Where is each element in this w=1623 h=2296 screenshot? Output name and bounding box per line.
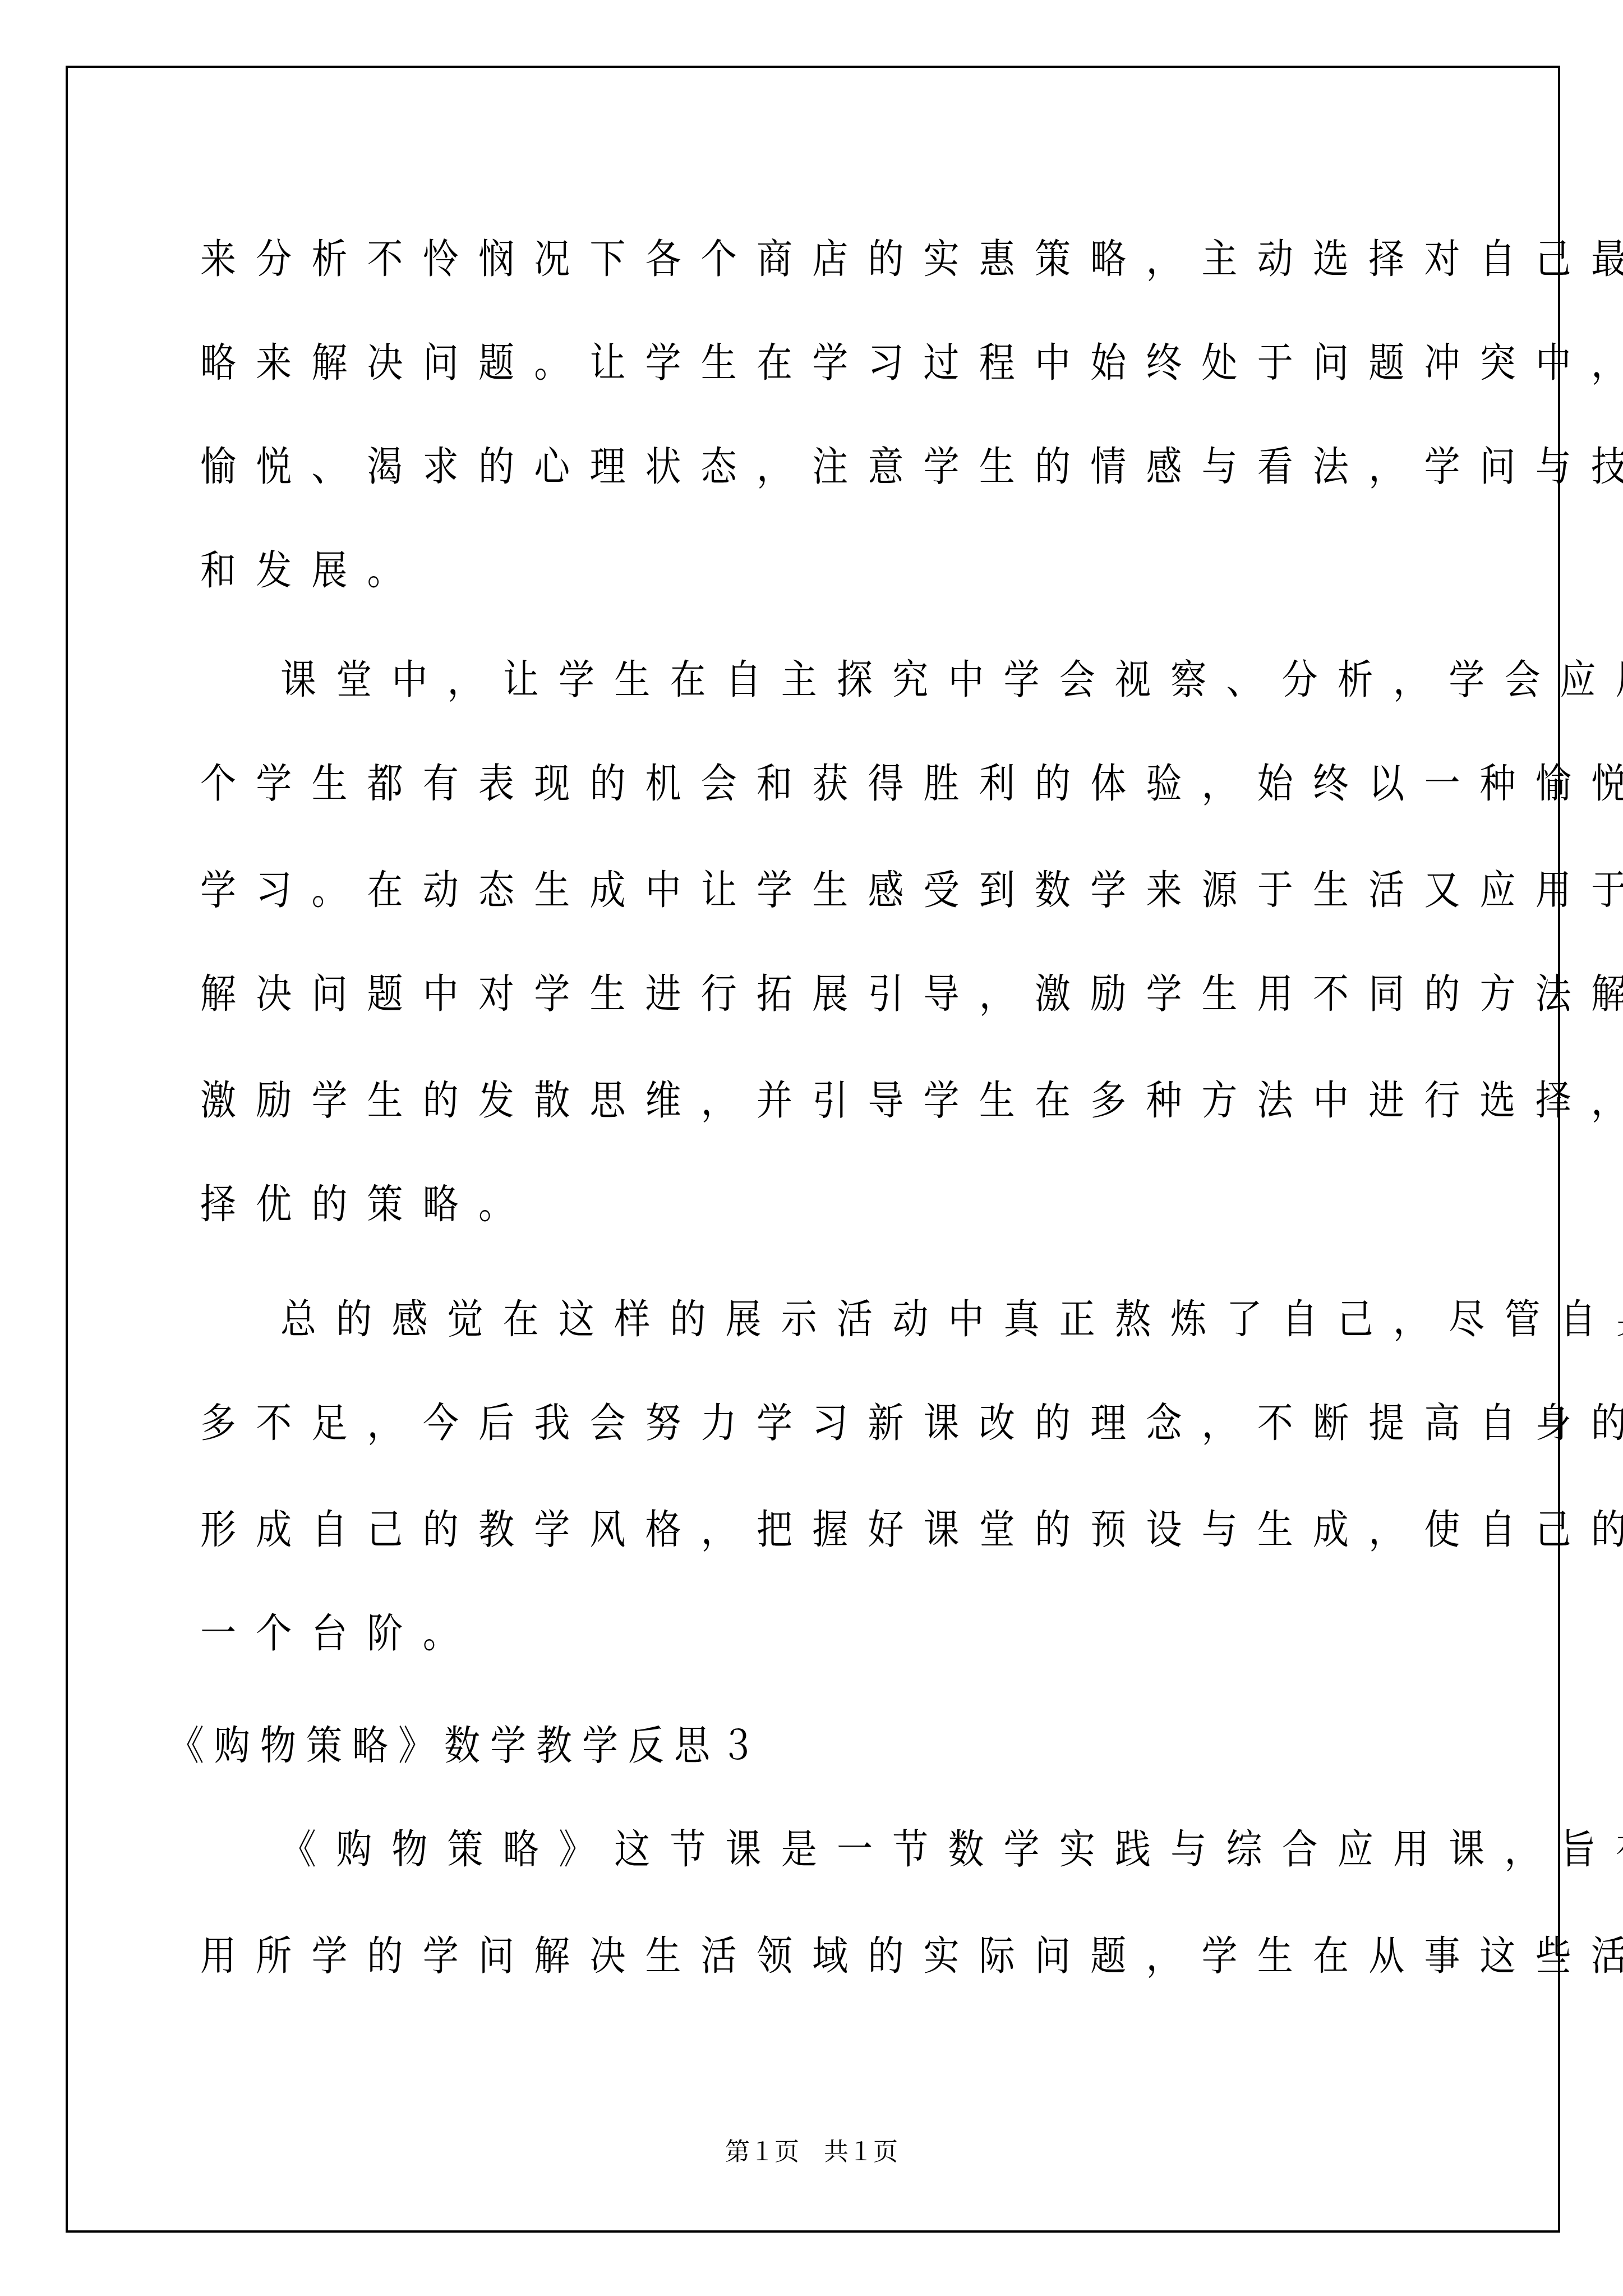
body-text-line: 个学生都有表现的机会和获得胜利的体验，始终以一种愉悦的心情去	[200, 759, 1623, 809]
body-text-line: 择优的策略。	[200, 1180, 534, 1230]
body-text-line: 和发展。	[200, 546, 423, 596]
body-text-line: 愉悦、渴求的心理状态，注意学生的情感与看法，学问与技能的形成	[200, 442, 1623, 493]
body-text-line: 用所学的学问解决生活领域的实际问题，学生在从事这些活动中，将	[200, 1931, 1623, 1982]
page-border	[66, 66, 1560, 2233]
body-text-line: 来分析不怜悯况下各个商店的实惠策略，主动选择对自己最有利的策	[200, 234, 1623, 285]
body-text-line: 一个台阶。	[200, 1609, 478, 1659]
section-heading: 《购物策略》数学教学反思３	[168, 1721, 766, 1772]
paragraph-start-line: 课堂中，让学生在自主探究中学会视察、分析，学会应用，使每	[280, 655, 1623, 706]
body-text-line: 学习。在动态生成中让学生感受到数学来源于生活又应用于生活，在	[200, 866, 1623, 916]
paragraph-start-line: 总的感觉在这样的展示活动中真正熬炼了自己，尽管自身存在许	[280, 1295, 1623, 1345]
body-text-line: 形成自己的教学风格，把握好课堂的预设与生成，使自己的教学再上	[200, 1505, 1623, 1556]
body-text-line: 解决问题中对学生进行拓展引导，激励学生用不同的方法解决问题，	[200, 969, 1623, 1020]
page-number-footer: 第１页 共１页	[0, 2132, 1623, 2168]
body-text-line: 略来解决问题。让学生在学习过程中始终处于问题冲突中，处于兴奋、	[200, 338, 1623, 389]
body-text-line: 激励学生的发散思维，并引导学生在多种方法中进行选择，体会对比	[200, 1076, 1623, 1126]
body-text-line: 多不足，今后我会努力学习新课改的理念，不断提高自身的专业学问，	[200, 1398, 1623, 1449]
paragraph-start-line: 《购物策略》这节课是一节数学实践与综合应用课，旨在综合运	[280, 1825, 1623, 1875]
